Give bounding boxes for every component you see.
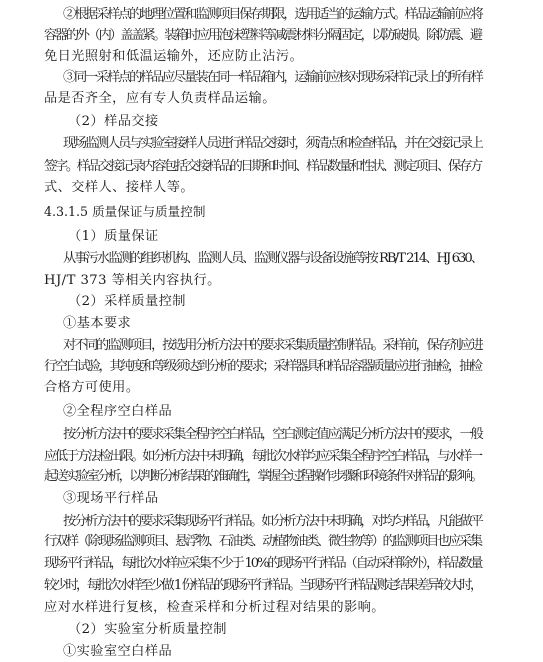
text-line: ①基本要求 [63,316,484,332]
text-line: 签字。样品交接记录内容包括交接样品的日期和时间、样品数量和性状、测定项目、保存方 [44,159,484,175]
text-line: 行空白试验，其纯度和等级须达到分析的要求；采样器具和样品容器质量应进行抽检，抽检 [44,359,484,375]
text-line: ③现场平行样品 [63,491,484,507]
text-line: 起送实验室分析，以判断分析结果的准确性，掌握全过程操作步骤和环境条件对样品的影响… [44,469,484,485]
text-line: ③同一采样点的样品应尽量装在同一样品箱内，运输前应核对现场采样记录上的所有样 [63,70,484,86]
text-line: ②根据采样点的地理位置和监测项目保存期限，选用适当的运输方式。样品运输前应将 [63,7,484,23]
text-line: 对不同的监测项目，按选用分析方法中的要求采集质量控制样品。采样前，保存剂应进 [63,338,484,354]
subsection-heading: （2）样品交接 [68,114,484,130]
text-line: ②全程序空白样品 [63,404,484,420]
text-line: 现场监测人员与实验室接样人员进行样品交接时，须清点和检查样品，并在交接记录上 [63,136,484,152]
text-line: ①实验室空白样品 [63,644,484,660]
text-line: 现场平行样品，每批次水样应采集不少于 10%的现场平行样品（自动采样除外），样品… [44,556,484,572]
text-line: 行双样（除现场监测项目、悬浮物、石油类、动植物油类、微生物等）的监测项目也应采集 [44,534,484,550]
subsection-heading: （1）质量保证 [68,229,484,245]
text-line: 品是否齐全，应有专人负责样品运输。 [44,91,484,107]
text-line: 较少时，每批次水样至少做 1 份样品的现场平行样品。当现场平行样品测定结果差异较… [44,578,484,594]
text-line: 式、交样人、接样人等。 [44,180,484,196]
text-line: 应低于方法检出限。如分析方法中未明确，每批次水样均应采集全程序空白样品，与水样一 [44,449,484,465]
text-line: 按分析方法中的要求采集全程序空白样品，空白测定值应满足分析方法中的要求，一般 [63,427,484,443]
text-line: 容器的外（内）盖盖紧。装箱时应用泡沫塑料等减震材料分隔固定，以防破损。除防震、避 [44,28,484,44]
document-page: ②根据采样点的地理位置和监测项目保存期限，选用适当的运输方式。样品运输前应将容器… [0,0,543,662]
section-heading: 4.3.1.5 质量保证与质量控制 [44,204,484,220]
text-line: 从事污水监测的组织机构、监测人员、监测仪器与设备设施等按 RB/T 214、HJ… [63,251,484,267]
text-line: 免日光照射和低温运输外，还应防止沾污。 [44,49,484,65]
subsection-heading: （2）实验室分析质量控制 [68,622,484,638]
text-line: HJ/T 373 等相关内容执行。 [44,273,484,289]
text-line: 应对水样进行复核，检查采样和分析过程对结果的影响。 [44,600,484,616]
subsection-heading: （2）采样质量控制 [68,294,484,310]
text-line: 合格方可使用。 [44,380,484,396]
text-line: 按分析方法中的要求采集现场平行样品。如分析方法中未明确，对均匀样品，凡能做平 [63,514,484,530]
